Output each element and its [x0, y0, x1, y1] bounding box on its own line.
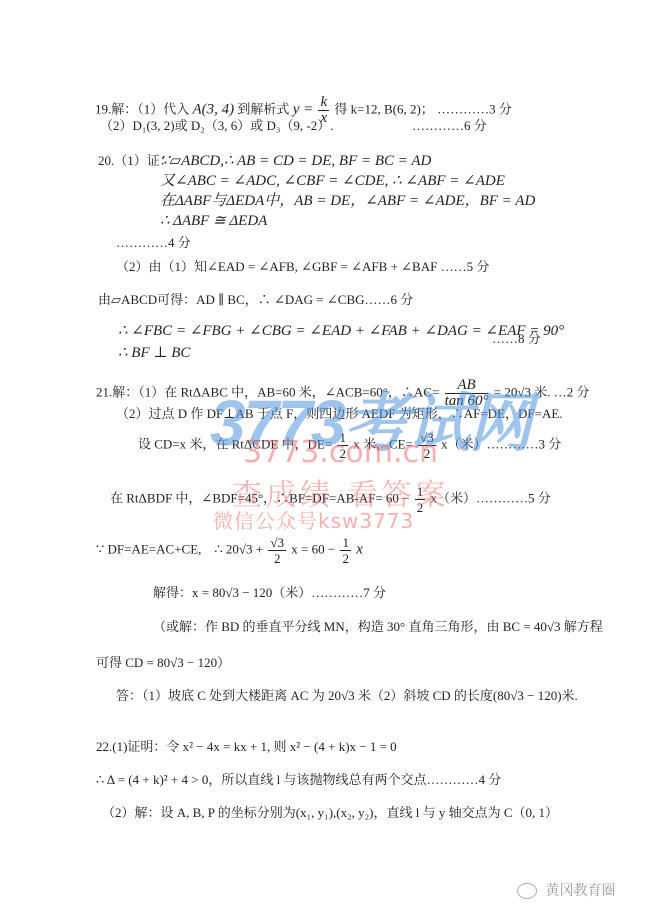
q22-line-2: ∴ Δ = (4 + k)² + 4 > 0，所以直线 l 与该抛物线总有两个交…	[96, 771, 501, 789]
q21-line-2: （2）过点 D 作 DF⊥AB 于点 F，则四边形 AEDF 为矩形，∴AF=D…	[116, 405, 563, 423]
q19-score-1: …………3 分	[437, 101, 512, 116]
q20-line-8-score: ……8 分	[492, 330, 541, 348]
q21-line-7: （或解：作 BD 的垂直平分线 MN，构造 30° 直角三角形，由 BC = 4…	[153, 618, 603, 636]
q19-point: A(3, 4)	[193, 101, 235, 117]
q22-line-1: 22.(1)证明：令 x² − 4x = kx + 1, 则 x² − (4 +…	[96, 738, 397, 756]
wechat-icon	[517, 883, 537, 899]
q20-line-6: （2）由（1）知∠EAD = ∠AFB, ∠GBF = ∠AFB + ∠BAF …	[116, 258, 489, 276]
q20-line-5: …………4 分	[116, 234, 191, 252]
q20-line-3: 在ΔABF与ΔEDA中，AB = DE，∠ABF = ∠ADE，BF = AD	[160, 192, 535, 210]
q21-line-9: 答：（1）坡底 C 处到大楼距离 AC 为 20√3 米（2）斜坡 CD 的长度…	[116, 687, 578, 705]
q20-line-2: 又∠ABC = ∠ADC, ∠CBF = ∠CDE, ∴ ∠ABF = ∠ADE	[160, 172, 505, 190]
q21-l5-rest: x	[356, 541, 363, 557]
q19-score-2: …………6 分	[412, 117, 487, 135]
q21-l5-mid: x = 60 −	[291, 541, 335, 556]
q21-fraction-eq2: 12	[340, 535, 351, 566]
q19-prefix: 19.解：（1）代入	[95, 101, 189, 116]
q21-l4-prefix: 在 RtΔBDF 中，∠BDF=45°，∴BF=DF=AB-AF= 60 −	[110, 490, 410, 505]
q21-fraction-bf: 12	[415, 484, 426, 515]
q19-rest: 得 k=12, B(6, 2)；	[334, 101, 433, 116]
q21-l3-prefix: 设 CD=x 米，在 RtΔCDE 中，DE=	[138, 436, 332, 451]
q21-l4-rest: x（米）…………5 分	[431, 490, 551, 505]
q19-y: y =	[293, 101, 314, 117]
q21-l3-mid: x 米，CE=	[353, 436, 413, 451]
q20-line-4: ∴ ΔABF ≅ ΔEDA	[160, 212, 267, 230]
q21-line-5: ∵ DF=AE=AC+CE, ∴ 20√3 + √32 x = 60 − 12 …	[96, 535, 363, 566]
q21-line-8: 可得 CD = 80√3 − 120）	[96, 654, 230, 672]
q20-line-9: ∴ BF ⊥ BC	[118, 344, 190, 362]
q21-line-6: 解得：x = 80√3 − 120（米）…………7 分	[153, 584, 386, 602]
q19-part2: （2）D₁(3, 2)或 D₂（3, 6）或 D₃（9, -2）.	[100, 118, 334, 133]
q19-line-2: （2）D₁(3, 2)或 D₂（3, 6）或 D₃（9, -2）.	[100, 117, 334, 135]
q20-line-1b: ∵▱ABCD,∴ AB = CD = DE, BF = BC = AD	[160, 152, 431, 170]
q21-l3-rest: x（米）…………3 分	[441, 436, 561, 451]
q20-line-7: 由▱ABCD可得：AD ∥ BC，∴ ∠DAG = ∠CBG……6 分	[98, 291, 413, 309]
q21-fraction-eq1: √32	[268, 535, 286, 566]
q21-line-4: 在 RtΔBDF 中，∠BDF=45°，∴BF=DF=AB-AF= 60 − 1…	[110, 484, 551, 515]
footer-account: 黄冈教育圈	[517, 880, 615, 900]
q21-l5-prefix: ∵ DF=AE=AC+CE, ∴ 20√3 +	[96, 541, 263, 556]
q21-fraction-ce: √32	[418, 430, 436, 461]
q21-line-3: 设 CD=x 米，在 RtΔCDE 中，DE= 12 x 米，CE= √32 x…	[138, 430, 561, 461]
q19-score-2-text: …………6 分	[412, 118, 487, 133]
q22-line-3: （2）解：设 A, B, P 的坐标分别为(x₁, y₁),(x₂, y₂)，直…	[102, 804, 558, 822]
q21-fraction-de: 12	[337, 430, 348, 461]
q21-rest-1: = 20√3 米. …2 分	[494, 384, 590, 399]
q19-mid: 到解析式	[237, 101, 289, 116]
footer-account-name: 黄冈教育圈	[545, 883, 615, 899]
q21-prefix: 21.解：（1）在 RtΔABC 中，AB=60 米，∠ACB=60°，∴AC=	[96, 384, 439, 399]
